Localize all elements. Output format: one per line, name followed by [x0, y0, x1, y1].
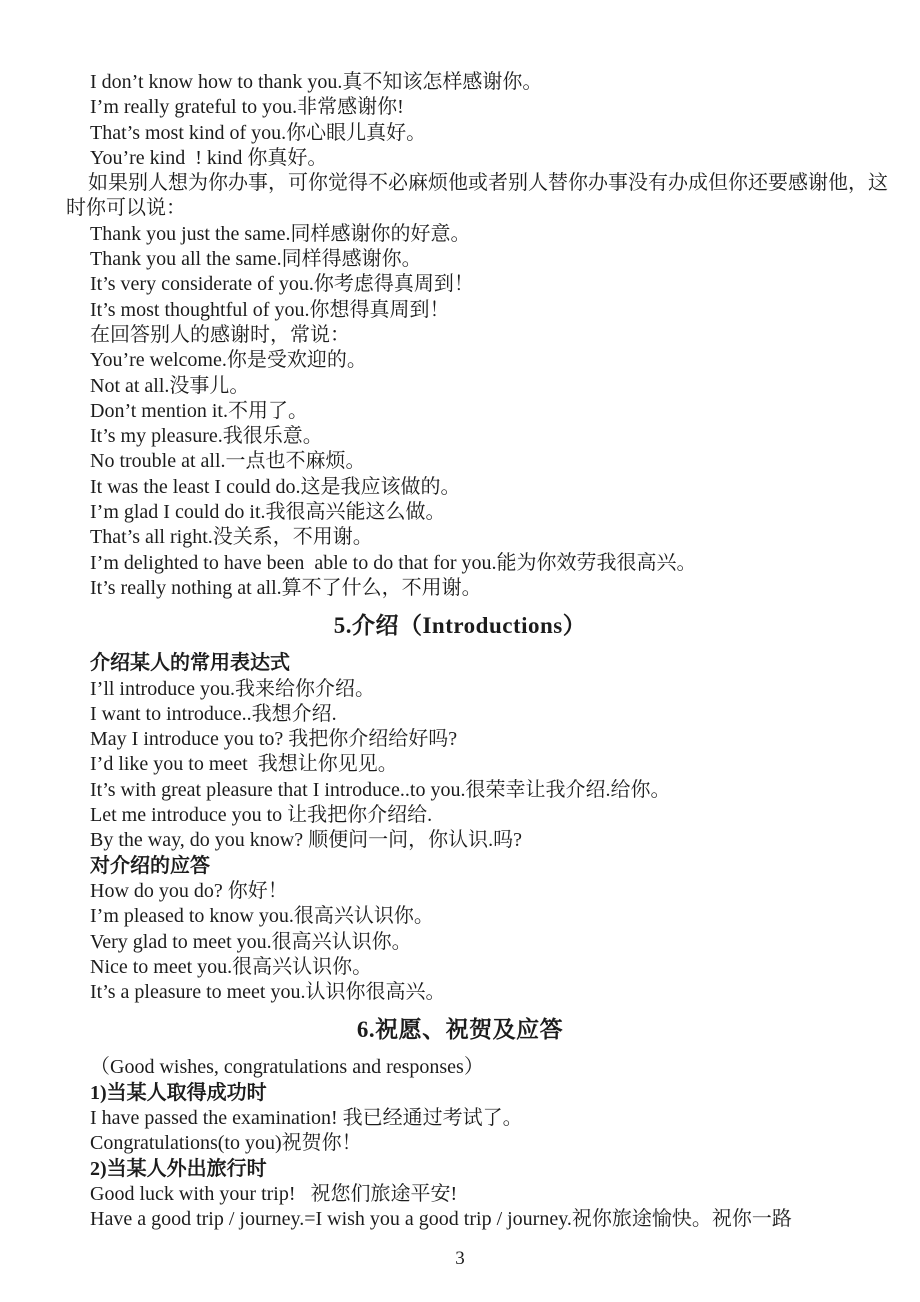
text-line: Thank you all the same.同样得感谢你。 [90, 247, 920, 272]
text-line: You’re welcome.你是受欢迎的。 [90, 348, 920, 373]
text-line: Don’t mention it.不用了。 [90, 399, 920, 424]
text-line: It’s with great pleasure that I introduc… [90, 778, 920, 803]
text-line: Very glad to meet you.很高兴认识你。 [90, 930, 920, 955]
text-line: That’s all right.没关系，不用谢。 [90, 525, 920, 550]
text-line: 在回答别人的感谢时，常说： [90, 323, 920, 348]
text-line: It was the least I could do.这是我应该做的。 [90, 475, 920, 500]
text-line: I’m delighted to have been able to do th… [90, 551, 920, 576]
text-line: That’s most kind of you.你心眼儿真好。 [90, 121, 920, 146]
text-line: I’m really grateful to you.非常感谢你! [90, 95, 920, 120]
text-line: Good luck with your trip! 祝您们旅途平安! [90, 1182, 920, 1207]
text-line: Nice to meet you.很高兴认识你。 [90, 955, 920, 980]
text-line: It’s my pleasure.我很乐意。 [90, 424, 920, 449]
text-line: It’s a pleasure to meet you.认识你很高兴。 [90, 980, 920, 1005]
text-line: Have a good trip / journey.=I wish you a… [90, 1207, 920, 1232]
text-line: It’s most thoughtful of you.你想得真周到！ [90, 298, 920, 323]
text-line: I’m pleased to know you.很高兴认识你。 [90, 904, 920, 929]
section-thanks-and-responses: I don’t know how to thank you.真不知该怎样感谢你。… [0, 70, 920, 601]
text-line: You’re kind ! kind 你真好。 [90, 146, 920, 171]
text-line: I’ll introduce you.我来给你介绍。 [90, 677, 920, 702]
section-heading-introductions: 5.介绍（Introductions） [0, 611, 920, 641]
section-wishes-congratulations: 6.祝愿、祝贺及应答（Good wishes, congratulations … [0, 1015, 920, 1232]
page-number: 3 [0, 1246, 920, 1271]
text-line: May I introduce you to? 我把你介绍给好吗? [90, 727, 920, 752]
text-line: No trouble at all.一点也不麻烦。 [90, 449, 920, 474]
subheading-line: 2)当某人外出旅行时 [90, 1157, 920, 1182]
subheading-line: 1)当某人取得成功时 [90, 1081, 920, 1106]
text-line: I’d like you to meet 我想让你见见。 [90, 752, 920, 777]
text-line: By the way, do you know? 顺便问一问，你认识.吗? [90, 828, 920, 853]
text-line: I want to introduce..我想介绍. [90, 702, 920, 727]
text-line: I have passed the examination! 我已经通过考试了。 [90, 1106, 920, 1131]
section-introductions: 5.介绍（Introductions）介绍某人的常用表达式I’ll introd… [0, 611, 920, 1005]
text-line: （Good wishes, congratulations and respon… [90, 1055, 920, 1080]
text-line: Let me introduce you to 让我把你介绍给. [90, 803, 920, 828]
section-heading-wishes-congratulations: 6.祝愿、祝贺及应答 [0, 1015, 920, 1045]
text-line: It’s very considerate of you.你考虑得真周到！ [90, 272, 920, 297]
subheading-line: 介绍某人的常用表达式 [90, 651, 920, 676]
document-page: I don’t know how to thank you.真不知该怎样感谢你。… [0, 0, 920, 1302]
text-line: I don’t know how to thank you.真不知该怎样感谢你。 [90, 70, 920, 95]
text-line: Not at all.没事儿。 [90, 374, 920, 399]
text-line: Thank you just the same.同样感谢你的好意。 [90, 222, 920, 247]
text-line: How do you do? 你好！ [90, 879, 920, 904]
text-line: 时你可以说： [66, 196, 920, 221]
text-line: I’m glad I could do it.我很高兴能这么做。 [90, 500, 920, 525]
document-content: I don’t know how to thank you.真不知该怎样感谢你。… [0, 0, 920, 1232]
text-line: 如果别人想为你办事，可你觉得不必麻烦他或者别人替你办事没有办成但你还要感谢他，这 [88, 171, 920, 196]
text-line: Congratulations(to you)祝贺你！ [90, 1131, 920, 1156]
text-line: It’s really nothing at all.算不了什么，不用谢。 [90, 576, 920, 601]
subheading-line: 对介绍的应答 [90, 854, 920, 879]
